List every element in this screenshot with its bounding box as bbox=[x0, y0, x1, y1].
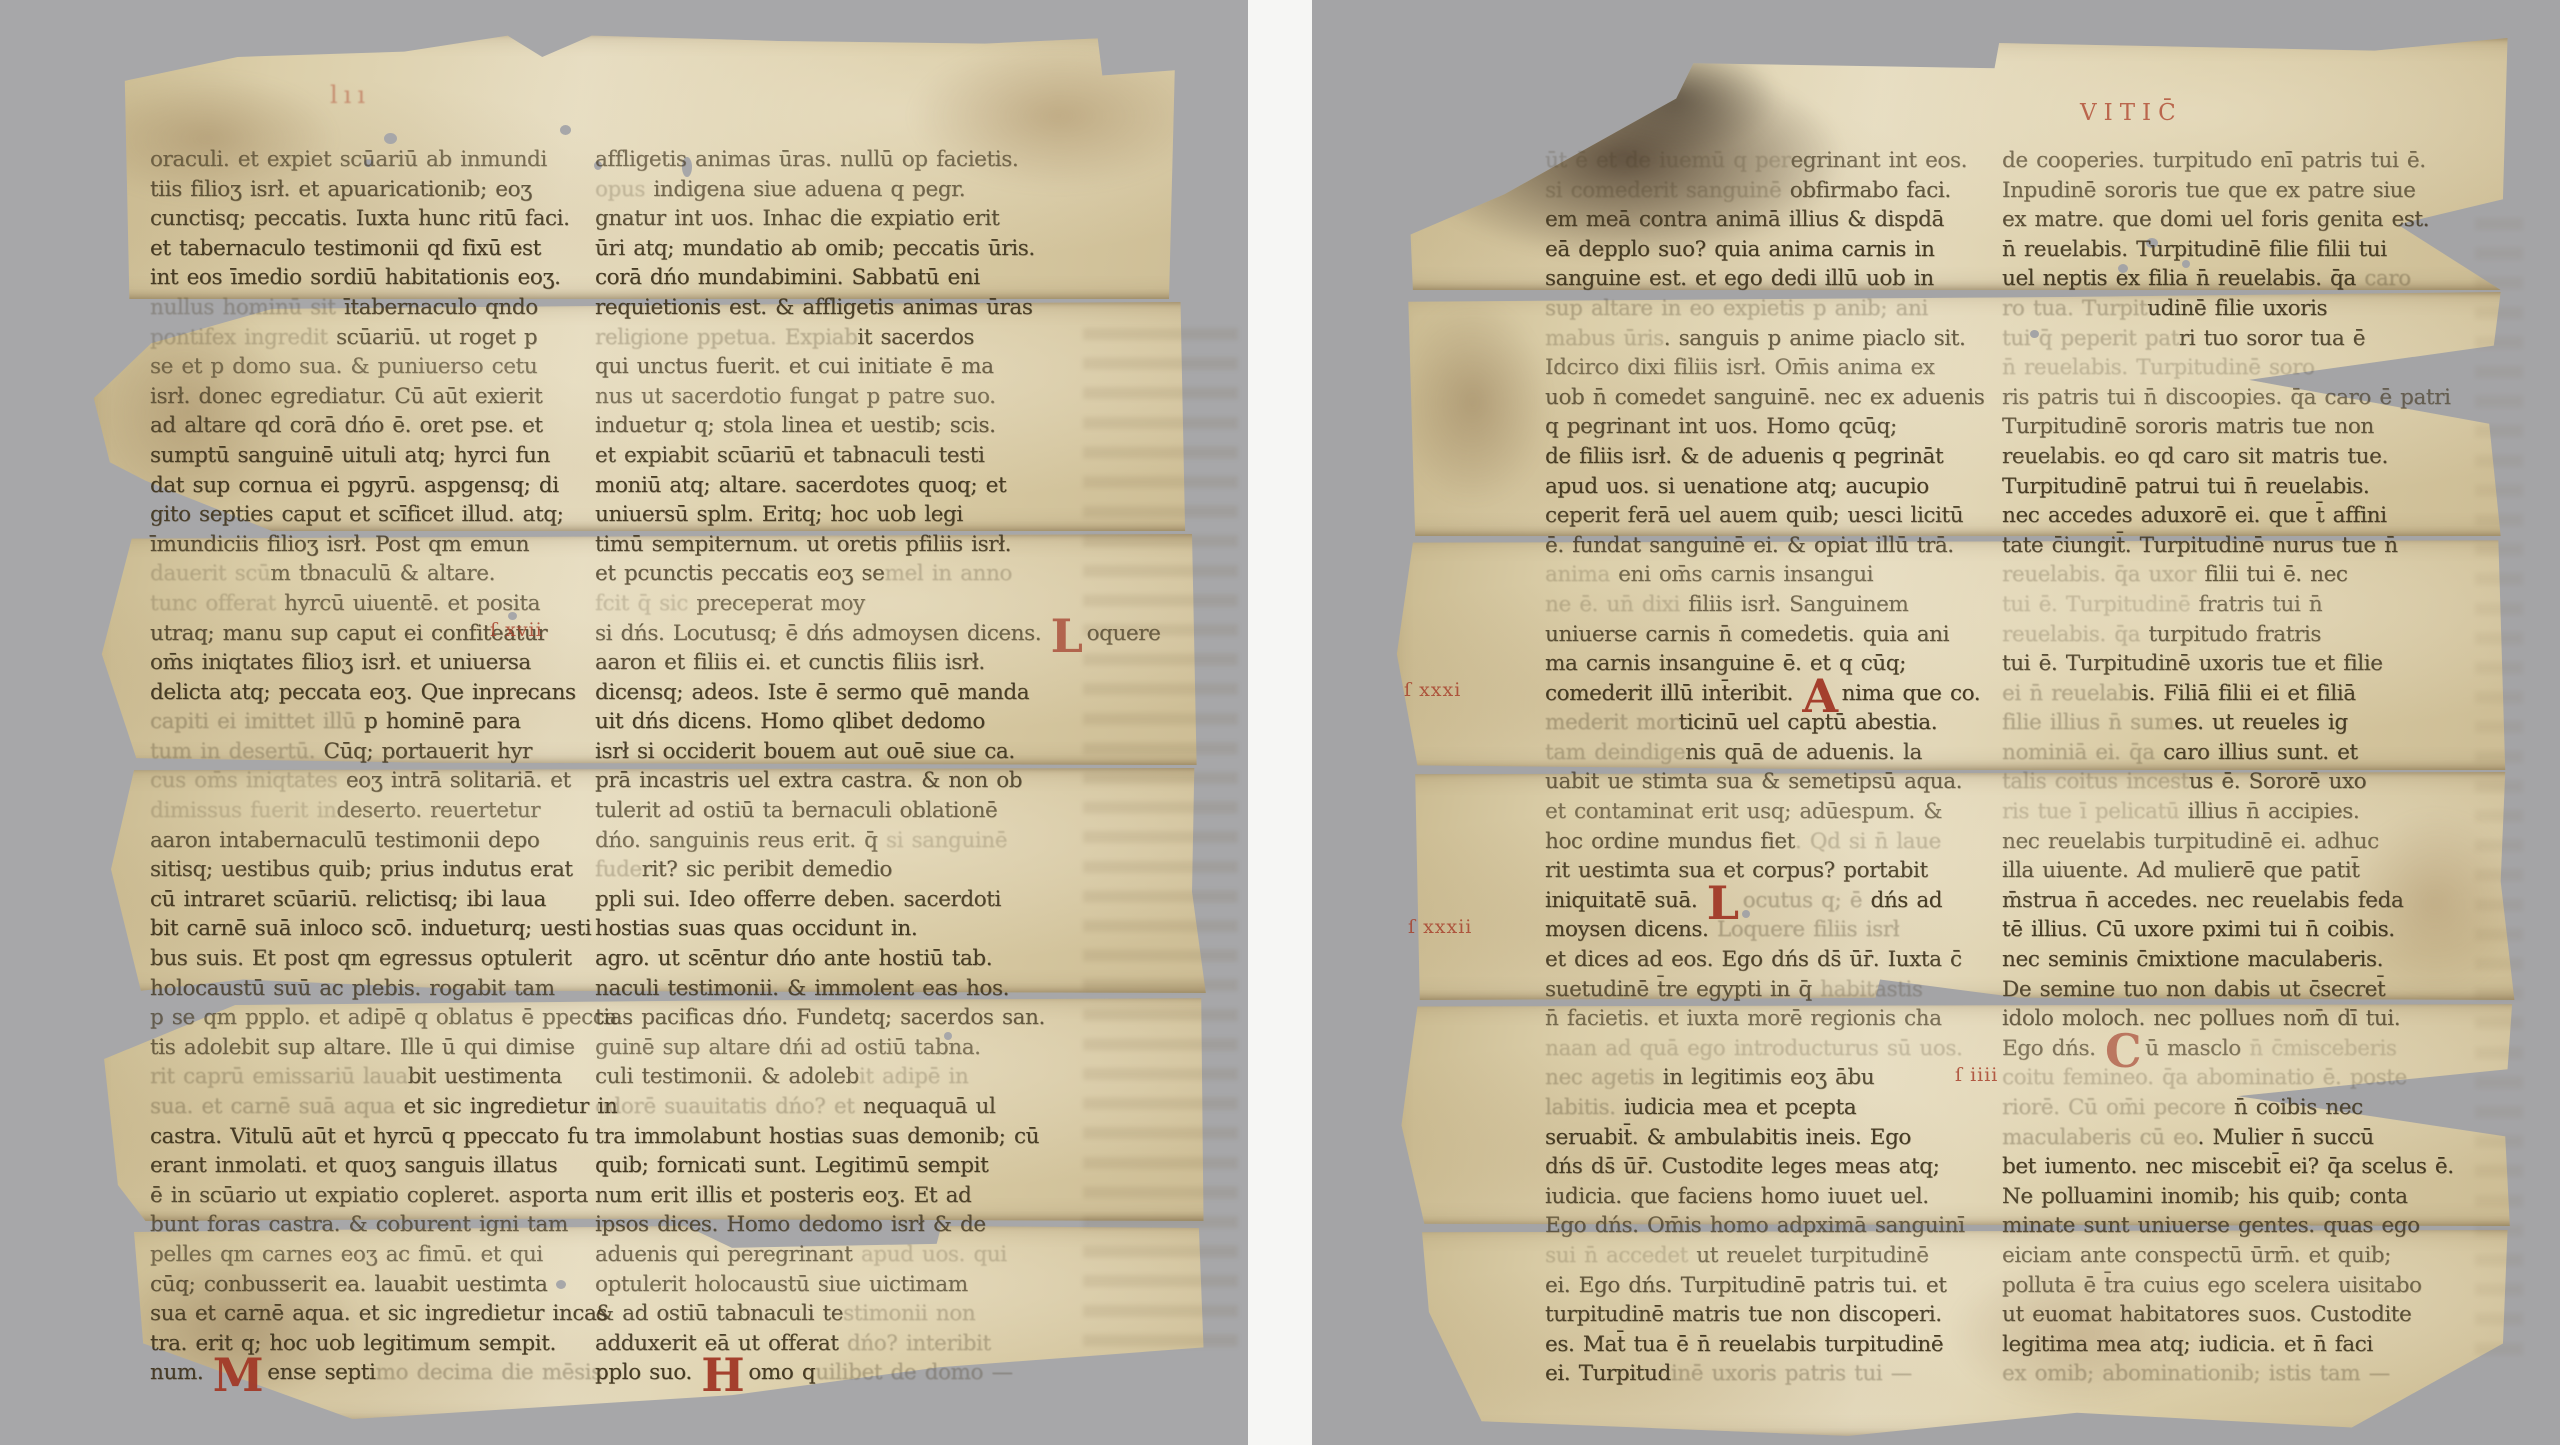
text-line: seruabit̄. & ambulabitis ineis. Ego bbox=[1545, 1123, 1965, 1153]
text-segment: n̄ facietis. et iuxta morē regionis cha bbox=[1545, 1006, 1942, 1031]
text-segment: n̄ reuelabis. Turpitudinē soro bbox=[2002, 355, 2315, 380]
text-line: tiis filioʒ isrł. et apuaricationib; eoʒ bbox=[150, 175, 590, 205]
text-segment: . Qd si n̄ laue bbox=[1795, 829, 1941, 854]
text-segment: Ego dńs. Om̄is homo adpximā sanguinī bbox=[1545, 1213, 1965, 1238]
running-title: lıı bbox=[330, 81, 371, 109]
text-segment: reuelabis. q̄a uxor bbox=[2002, 562, 2204, 587]
text-segment: aaron et filiis ei. et cunctis filiis is… bbox=[595, 650, 985, 675]
text-line: int eos īmedio sordiū habitationis eoʒ. bbox=[150, 263, 590, 293]
stain bbox=[1398, 302, 1548, 502]
text-line: rit caprū emissariū lauabit uestimenta bbox=[150, 1062, 590, 1092]
text-segment: polluta ē t̄ra cuius ego scelera uisitab… bbox=[2002, 1273, 2422, 1298]
text-line: talis coitus incestus ē. Sororē uxo bbox=[2002, 767, 2482, 797]
text-line: reuelabis. q̄a uxor filii tui ē. nec bbox=[2002, 560, 2482, 590]
text-segment: Turpitudinē sororis matris tue non bbox=[2002, 414, 2374, 439]
text-segment: capiti ei imittet illū bbox=[150, 709, 364, 734]
text-segment: sanguine est. et ego dedi illū uob in bbox=[1545, 266, 1934, 291]
text-segment: stimonii non bbox=[843, 1301, 975, 1326]
text-segment: int eos īmedio sordiū habitationis eoʒ. bbox=[150, 265, 561, 290]
text-line: pontifex ingredit scūariū. ut roget p bbox=[150, 323, 590, 353]
text-line: de filiis isrł. & de aduenis q pegrināt bbox=[1545, 442, 1965, 472]
text-segment: Ne polluamini inomib; his quib; conta bbox=[2002, 1184, 2408, 1209]
text-segment: ma carnis insanguine ē. et q cūq; bbox=[1545, 651, 1906, 676]
text-segment: de cooperies. turpitudo enī patris tui ē… bbox=[2002, 148, 2426, 173]
text-line: es. Mat̄ tua ē n̄ reuelabis turpitudinē bbox=[1545, 1330, 1965, 1360]
text-line: tate c̄iungit̄. Turpitudinē nurus tue n̄ bbox=[2002, 531, 2482, 561]
text-segment: udinē filie uxoris bbox=[2147, 296, 2327, 321]
text-segment: cūq; conbusserit ea. lauabit uestimta bbox=[150, 1272, 547, 1297]
text-segment: cū intraret scūariū. relictisq; ibi laua bbox=[150, 887, 546, 912]
text-line: religione ppetua. Expiabit sacerdos bbox=[595, 323, 1105, 353]
text-segment: filiis isrł. Sanguinem bbox=[1688, 592, 1908, 617]
text-segment: iudicia mea et pcepta bbox=[1616, 1095, 1857, 1120]
text-line: gito septies caput et scīficet illud. at… bbox=[150, 500, 590, 530]
text-segment: m tbnaculū & altare. bbox=[270, 561, 495, 586]
text-line: maculaberis cū eo. Mulier n̄ succū bbox=[2002, 1123, 2482, 1153]
text-segment: nec seminis c̄mixtione maculaberis. bbox=[2002, 947, 2383, 972]
text-segment: corā dńo mundabimini. Sabbatū eni bbox=[595, 265, 980, 290]
text-segment: gito septies caput et scīficet illud. at… bbox=[150, 502, 563, 527]
text-line: ex matre. que domi uel foris genita est. bbox=[2002, 205, 2482, 235]
text-segment: minate sunt uniuerse gentes. quas ego bbox=[2002, 1213, 2420, 1238]
text-line: quib; fornicati sunt. Legitimū sempit bbox=[595, 1151, 1105, 1181]
text-line: bunt foras castra. & coburent igni tam bbox=[150, 1210, 590, 1240]
text-segment: bunt foras castra. & coburent igni tam bbox=[150, 1212, 568, 1237]
text-segment: labitis. bbox=[1545, 1095, 1616, 1120]
text-segment: maculaberis cū eo bbox=[2002, 1125, 2198, 1150]
text-segment: odorē suauitatis dńo? et bbox=[595, 1094, 863, 1119]
text-line: moysen dicens. Loquere filiis isrł bbox=[1545, 915, 1965, 945]
text-line: uob n̄ comedet sanguinē. nec ex aduenis bbox=[1545, 383, 1965, 413]
text-segment: guinē sup altare dńi ad ostiū tabna. bbox=[595, 1035, 981, 1060]
text-segment: ocutus q; ē bbox=[1743, 888, 1871, 913]
text-segment: affligetis animas ūras. nullū op facieti… bbox=[595, 147, 1018, 172]
text-segment: naculi testimonii. & immolent eas hos. bbox=[595, 976, 1009, 1001]
text-line: nus ut sacerdotio fungat p patre suo. bbox=[595, 382, 1105, 412]
text-line: suetudinē t̄re egypti in q̄ habitastis bbox=[1545, 975, 1965, 1005]
text-segment: illius n̄ accipies. bbox=[2179, 799, 2359, 824]
text-segment: rit caprū emissariū laua bbox=[150, 1064, 408, 1089]
text-line: mabus ūris. sanguis p anime piaclo sit. bbox=[1545, 324, 1965, 354]
text-line: hostias suas quas occidunt in. bbox=[595, 914, 1105, 944]
text-line: De semine tuo non dabis ut c̄secret̄ bbox=[2002, 975, 2482, 1005]
text-segment: n̄ reuelabis. Turpitudinē filie filii tu… bbox=[2002, 237, 2387, 262]
text-line: pelles qm carnes eoʒ ac fimū. et qui bbox=[150, 1240, 590, 1270]
text-line: ei. Ego dńs. Turpitudinē patris tui. et bbox=[1545, 1271, 1965, 1301]
text-line: uabit ue stimta sua & semetipsū aqua. bbox=[1545, 767, 1965, 797]
running-title: VITIC̄ bbox=[2080, 100, 2183, 126]
rubric-initial: H bbox=[701, 1348, 744, 1402]
text-segment: . sanguis p anime piaclo sit. bbox=[1664, 326, 1966, 351]
text-segment: et sic ingredietur in bbox=[395, 1094, 617, 1119]
text-line: ne ē. un̄ dixi filiis isrł. Sanguinem bbox=[1545, 590, 1965, 620]
text-segment: indigena siue aduena q pegr. bbox=[653, 177, 965, 202]
text-segment: tra immolabunt hostias suas demonib; cū bbox=[595, 1124, 1039, 1149]
text-segment: ense septi bbox=[267, 1360, 375, 1385]
text-line: fuderit? sic peribit demedio bbox=[595, 855, 1105, 885]
text-segment: delicta atq; peccata eoʒ. Que inprecans bbox=[150, 680, 576, 705]
text-segment: m̄strua n̄ accedes. nec reuelabis feda bbox=[2002, 888, 2403, 913]
text-segment: suetudinē t̄re egypti in q̄ bbox=[1545, 977, 1812, 1002]
text-column-right: de cooperies. turpitudo enī patris tui ē… bbox=[2002, 146, 2482, 1389]
text-segment: eoʒ intrā solitariā. et bbox=[346, 768, 571, 793]
text-line: Ego dńs. Om̄is homo adpximā sanguinī bbox=[1545, 1211, 1965, 1241]
text-segment: aduenis qui peregrinant bbox=[595, 1242, 852, 1267]
text-line: ūri atq; mundatio ab omib; peccatis ūris… bbox=[595, 234, 1105, 264]
text-segment: ītabernaculo qndo bbox=[344, 295, 538, 320]
offset-text-ghost bbox=[2475, 218, 2523, 1358]
text-line: bet iumento. nec miscebit̄ ei? q̄a scelu… bbox=[2002, 1152, 2482, 1182]
text-segment: hoc ordine mundus fiet bbox=[1545, 829, 1795, 854]
text-line: dicensq; adeos. Iste ē sermo quē manda bbox=[595, 678, 1105, 708]
text-segment: induetur q; stola linea et uestib; scis. bbox=[595, 413, 996, 438]
text-segment: ad altare qd corā dńo ē. oret pse. et bbox=[150, 413, 543, 438]
text-segment: si dńs. Locutusq; ē dńs admoysen dicens. bbox=[595, 621, 1050, 646]
text-segment: mo decima die mēsis bbox=[375, 1360, 601, 1385]
text-segment: ne ē. un̄ dixi bbox=[1545, 592, 1688, 617]
text-line: erant inmolati. et quoʒ sanguis illatus bbox=[150, 1151, 590, 1181]
text-segment: habitastis bbox=[1812, 977, 1923, 1002]
text-line: et contaminat erit usq; adūespum. & bbox=[1545, 797, 1965, 827]
text-segment: uit dńs dicens. Homo qlibet dedomo bbox=[595, 709, 985, 734]
text-segment: fratris tui n̄ bbox=[2190, 592, 2322, 617]
text-segment: optulerit holocaustū siue uictimam bbox=[595, 1272, 968, 1297]
text-segment: nequaquā ul bbox=[863, 1094, 996, 1119]
text-segment: preceperat moy bbox=[688, 591, 865, 616]
text-segment: Idcirco dixi filiis isrł. Om̄is anima ex bbox=[1545, 355, 1935, 380]
text-line: comederit illū int̄eribit. Anima que co. bbox=[1545, 679, 1965, 709]
text-segment: ut reuelet turpitudinē bbox=[1688, 1243, 1929, 1268]
text-line: iudicia. que faciens homo iuuet uel. bbox=[1545, 1182, 1965, 1212]
wormhole bbox=[384, 133, 397, 144]
text-line: Inpudinē sororis tue que ex patre siue bbox=[2002, 176, 2482, 206]
text-segment: sua. et carnē suā aqua bbox=[150, 1094, 395, 1119]
text-segment: opus bbox=[595, 177, 653, 202]
text-line: culi testimonii. & adolebit adipē in bbox=[595, 1062, 1105, 1092]
text-segment: mederit mor bbox=[1545, 710, 1678, 735]
text-line: uel neptis ex filia n̄ reuelabis. q̄a ca… bbox=[2002, 264, 2482, 294]
text-segment: tiis filioʒ isrł. et apuaricationib; eoʒ bbox=[150, 177, 532, 202]
text-line: ūt ē et de iuemū q peregrinant int eos. bbox=[1545, 146, 1965, 176]
text-segment: tui q̄ peperit pat bbox=[2002, 326, 2179, 351]
text-segment: num. bbox=[150, 1360, 212, 1385]
text-segment: reuelabis. eo qd caro sit matris tue. bbox=[2002, 444, 2388, 469]
text-segment: pontifex ingredit bbox=[150, 325, 336, 350]
text-segment: obfirmabo faci. bbox=[1781, 178, 1951, 203]
text-segment: dńs ad bbox=[1870, 888, 1942, 913]
text-line: isrł. donec egrediatur. Cū aūt exierit bbox=[150, 382, 590, 412]
text-segment: bit carnē suā inloco scō. indueturq; ues… bbox=[150, 916, 591, 941]
text-line: sanguine est. et ego dedi illū uob in bbox=[1545, 264, 1965, 294]
text-segment: uabit ue stimta sua & semetipsū aqua. bbox=[1545, 769, 1962, 794]
text-line: polluta ē t̄ra cuius ego scelera uisitab… bbox=[2002, 1271, 2482, 1301]
text-line: sup altare in eo expietis p anib; ani bbox=[1545, 294, 1965, 324]
text-line: moniū atq; altare. sacerdotes quoq; et bbox=[595, 471, 1105, 501]
text-segment: bit uestimenta bbox=[408, 1064, 562, 1089]
text-line: sua. et carnē suā aqua et sic ingredietu… bbox=[150, 1092, 590, 1122]
text-segment: scūariū. ut roget p bbox=[336, 325, 537, 350]
text-line: se et p domo sua. & puniuerso cetu bbox=[150, 352, 590, 382]
text-segment: culi testimonii. & adoleb bbox=[595, 1064, 859, 1089]
text-line: tē illius. Cū uxore pximi tui n̄ coibis. bbox=[2002, 915, 2482, 945]
text-segment: sup altare in eo expietis p anib; ani bbox=[1545, 296, 1928, 321]
text-segment: oraculi. et expiet scūariū ab inmundi bbox=[150, 147, 547, 172]
text-line: riorē. Cū om̄i pecore n̄ coibis nec bbox=[2002, 1093, 2482, 1123]
text-segment: nominiā ei. q̄a bbox=[2002, 740, 2163, 765]
text-segment: timū sempiternum. ut oretis pfiliis isrł… bbox=[595, 532, 1011, 557]
text-segment: legitima mea atq; iudicia. et n̄ faci bbox=[2002, 1332, 2373, 1357]
text-line: et tabernaculo testimonii qd fixū est bbox=[150, 234, 590, 264]
text-segment: mabus ūris bbox=[1545, 326, 1664, 351]
text-segment: filii tui ē. nec bbox=[2204, 562, 2347, 587]
text-column-left: oraculi. et expiet scūariū ab inmunditii… bbox=[150, 145, 590, 1388]
text-line: eā depplo suo? quia anima carnis in bbox=[1545, 235, 1965, 265]
text-line: si dńs. Locutusq; ē dńs admoysen dicens.… bbox=[595, 619, 1105, 649]
text-line: ceperit ferā uel auem quib; uesci licitū bbox=[1545, 501, 1965, 531]
text-line: nec reuelabis turpitudinē ei. adhuc bbox=[2002, 827, 2482, 857]
text-segment: dimissus fuerit in bbox=[150, 798, 336, 823]
text-segment: ū masclo bbox=[2145, 1036, 2241, 1061]
text-segment: riorē. Cū om̄i pecore bbox=[2002, 1095, 2225, 1120]
text-line: tulerit ad ostiū ta bernaculi oblationē bbox=[595, 796, 1105, 826]
text-line: Turpitudinē sororis matris tue non bbox=[2002, 412, 2482, 442]
wormhole bbox=[1486, 96, 1496, 105]
text-line: Ne polluamini inomib; his quib; conta bbox=[2002, 1182, 2482, 1212]
text-line: dimissus fuerit indeserto. reuertetur bbox=[150, 796, 590, 826]
text-line: odorē suauitatis dńo? et nequaquā ul bbox=[595, 1092, 1105, 1122]
text-segment: pelles qm carnes eoʒ ac fimū. et qui bbox=[150, 1242, 543, 1267]
text-segment: holocaustū suū ac plebis. rogabit tam bbox=[150, 976, 555, 1001]
text-line: agro. ut scēntur dńo ante hostiū tab. bbox=[595, 944, 1105, 974]
text-segment: religione ppetua. Expiab bbox=[595, 325, 857, 350]
text-segment: dat sup cornua ei pgyrū. aspgensq; di bbox=[150, 473, 559, 498]
text-line: tias pacificas dńo. Fundetq; sacerdos sa… bbox=[595, 1003, 1105, 1033]
text-line: si comederit sanguinē obfirmabo faci. bbox=[1545, 176, 1965, 206]
text-segment: ei. Turpitud bbox=[1545, 1361, 1671, 1386]
text-segment: nullus hominū sit bbox=[150, 295, 344, 320]
manuscript-leaf-verso: lıı oraculi. et expiet scūariū ab inmund… bbox=[88, 33, 1238, 1425]
text-segment: uel neptis ex filia n̄ reuelabis. q̄a bbox=[2002, 266, 2356, 291]
text-segment: eā depplo suo? quia anima carnis in bbox=[1545, 237, 1934, 262]
text-segment: et contaminat erit usq; adūespum. & bbox=[1545, 799, 1942, 824]
text-segment: inē uxoris patris tui — bbox=[1671, 1361, 1912, 1386]
text-segment: isrł si occiderit bouem aut ouē siue ca. bbox=[595, 739, 1015, 764]
text-segment: ex omib; abominationib; istis tam — bbox=[2002, 1361, 2390, 1386]
text-segment: n̄ c̄misceberis bbox=[2241, 1036, 2397, 1061]
text-segment: es. ut reueles ig bbox=[2174, 710, 2348, 735]
text-segment: qui unctus fuerit. et cui initiate ē ma bbox=[595, 354, 994, 379]
text-segment: caro bbox=[2356, 266, 2411, 291]
text-line: tis adolebit sup altare. Ille ū qui dimi… bbox=[150, 1033, 590, 1063]
text-line: tra immolabunt hostias suas demonib; cū bbox=[595, 1122, 1105, 1152]
text-line: coitu femineo. q̄a abominatio ē. poste bbox=[2002, 1063, 2482, 1093]
text-line: nec accedes aduxorē ei. que t̄ affini bbox=[2002, 501, 2482, 531]
text-column-left: ūt ē et de iuemū q peregrinant int eos.s… bbox=[1545, 146, 1965, 1389]
text-line: ris patris tui n̄ discoopies. q̄a caro ē… bbox=[2002, 383, 2482, 413]
text-segment: naan ad quā ego introducturus sū uos. bbox=[1545, 1036, 1962, 1061]
text-line: p se qm ppplo. et adipē q oblatus ē ppec… bbox=[150, 1003, 590, 1033]
text-line: pplo suo. Homo quilibet de domo — bbox=[595, 1358, 1105, 1388]
text-segment: moysen dicens. bbox=[1545, 917, 1717, 942]
text-segment: talis coitus incest bbox=[2002, 769, 2189, 794]
text-segment: si sanguinē bbox=[878, 828, 1008, 853]
text-segment: tulerit ad ostiū ta bernaculi oblationē bbox=[595, 798, 997, 823]
text-line: labitis. iudicia mea et pcepta bbox=[1545, 1093, 1965, 1123]
text-segment: aaron intabernaculū testimonii depo bbox=[150, 828, 539, 853]
text-line: m̄strua n̄ accedes. nec reuelabis feda bbox=[2002, 886, 2482, 916]
text-line: turpitudinē matris tue non discoperi. bbox=[1545, 1300, 1965, 1330]
text-segment: fude bbox=[595, 857, 642, 882]
text-segment: cus om̄s iniqtates bbox=[150, 768, 346, 793]
text-line: ei. Turpitudinē uxoris patris tui — bbox=[1545, 1359, 1965, 1389]
text-segment: omo q bbox=[748, 1360, 815, 1385]
text-segment: Cūq; portauerit hyr bbox=[324, 739, 532, 764]
text-segment: Inpudinē sororis tue que ex patre siue bbox=[2002, 178, 2415, 203]
text-segment: de filiis isrł. & de aduenis q pegrināt bbox=[1545, 444, 1943, 469]
text-line: tam deindigenis quā de aduenis. la bbox=[1545, 738, 1965, 768]
text-segment: quib; fornicati sunt. Legitimū sempit bbox=[595, 1153, 988, 1178]
text-segment: uniuersū splm. Eritq; hoc uob legi bbox=[595, 502, 963, 527]
text-segment: tate c̄iungit̄. Turpitudinē nurus tue n̄ bbox=[2002, 533, 2398, 558]
text-line: affligetis animas ūras. nullū op facieti… bbox=[595, 145, 1105, 175]
text-line: dat sup cornua ei pgyrū. aspgensq; di bbox=[150, 471, 590, 501]
text-line: rit uestimta sua et corpus? portabit bbox=[1545, 856, 1965, 886]
text-segment: ppli sui. Ideo offerre deben. sacerdoti bbox=[595, 887, 1001, 912]
text-line: gnatur int uos. Inhac die expiatio erit bbox=[595, 204, 1105, 234]
text-line: naan ad quā ego introducturus sū uos. bbox=[1545, 1034, 1965, 1064]
text-segment: coitu femineo. q̄a abominatio ē. poste bbox=[2002, 1065, 2407, 1090]
text-line: om̄s iniqtates filioʒ isrł. et uniuersa bbox=[150, 648, 590, 678]
offset-text-ghost bbox=[1083, 328, 1238, 1363]
text-segment: sui n̄ accedet bbox=[1545, 1243, 1688, 1268]
text-line: opus indigena siue aduena q pegr. bbox=[595, 175, 1105, 205]
text-segment: dńo? interibit bbox=[838, 1331, 990, 1356]
text-segment: it sacerdos bbox=[857, 325, 974, 350]
text-segment: ē. fundat sanguinē ei. & opiat illū trā. bbox=[1545, 533, 1954, 558]
text-line: bus suis. Et post qm egressus optulerit bbox=[150, 944, 590, 974]
text-segment: tunc offerat bbox=[150, 591, 284, 616]
text-segment: q pegrinant int uos. Homo qcūq; bbox=[1545, 414, 1897, 439]
text-segment: castra. Vitulū aūt et hyrcū q ppeccato f… bbox=[150, 1124, 588, 1149]
rubric-initial: M bbox=[213, 1348, 264, 1402]
text-segment: is. Filiā filii ei et filiā bbox=[2131, 681, 2355, 706]
text-segment: & ad ostiū tabnaculi te bbox=[595, 1301, 843, 1326]
text-segment: tam deindige bbox=[1545, 740, 1685, 765]
manuscript-leaf-recto: VITIC̄ ūt ē et de iuemū q peregrinant in… bbox=[1390, 38, 2535, 1430]
text-segment: eni om̄s carnis insangui bbox=[1610, 562, 1873, 587]
text-line: q pegrinant int uos. Homo qcūq; bbox=[1545, 412, 1965, 442]
text-line: ei n̄ reuelabis. Filiā filii ei et filiā bbox=[2002, 679, 2482, 709]
text-line: timū sempiternum. ut oretis pfiliis isrł… bbox=[595, 530, 1105, 560]
text-line: anima eni om̄s carnis insangui bbox=[1545, 560, 1965, 590]
text-segment: et tabernaculo testimonii qd fixū est bbox=[150, 236, 541, 261]
photo-divider bbox=[1248, 0, 1312, 1445]
text-line: uniuerse carnis n̄ comedetis. quia ani bbox=[1545, 620, 1965, 650]
text-segment: Turpitudinē patrui tui n̄ reuelabis. bbox=[2002, 474, 2369, 499]
text-segment: ei. Ego dńs. Turpitudinē patris tui. et bbox=[1545, 1273, 1947, 1298]
text-segment: nus ut sacerdotio fungat p patre suo. bbox=[595, 384, 996, 409]
text-segment: dńo. sanguinis reus erit. q̄ bbox=[595, 828, 878, 853]
text-line: guinē sup altare dńi ad ostiū tabna. bbox=[595, 1033, 1105, 1063]
text-segment: cunctisq; peccatis. Iuxta hunc ritū faci… bbox=[150, 206, 570, 231]
text-segment: mel in anno bbox=[885, 561, 1012, 586]
text-segment: prā incastris uel extra castra. & non ob bbox=[595, 768, 1022, 793]
text-segment: n̄ coibis nec bbox=[2225, 1095, 2362, 1120]
text-segment: us ē. Sororē uxo bbox=[2189, 769, 2366, 794]
text-line: illa uiuente. Ad mulierē que patit̄ bbox=[2002, 856, 2482, 886]
text-segment: iudicia. que faciens homo iuuet uel. bbox=[1545, 1184, 1929, 1209]
text-line: cūq; conbusserit ea. lauabit uestimta bbox=[150, 1270, 590, 1300]
text-line: bit carnē suā inloco scō. indueturq; ues… bbox=[150, 914, 590, 944]
text-segment: et pcunctis peccatis eoʒ se bbox=[595, 561, 885, 586]
text-line: nullus hominū sit ītabernaculo qndo bbox=[150, 293, 590, 323]
text-segment: dńs ds̄ ūr̄. Custodite leges meas atq; bbox=[1545, 1154, 1939, 1179]
text-segment: uob n̄ comedet sanguinē. nec ex aduenis bbox=[1545, 385, 1984, 410]
text-line: tui ē. Turpitudinē fratris tui n̄ bbox=[2002, 590, 2482, 620]
text-segment: uilibet de domo — bbox=[815, 1360, 1012, 1385]
text-segment: tum in desertū. bbox=[150, 739, 324, 764]
text-line: de cooperies. turpitudo enī patris tui ē… bbox=[2002, 146, 2482, 176]
screenshot-stage: lıı oraculi. et expiet scūariū ab inmund… bbox=[0, 0, 2560, 1445]
text-segment: moniū atq; altare. sacerdotes quoq; et bbox=[595, 473, 1006, 498]
text-line: iniquitatē suā. Locutus q; ē dńs ad bbox=[1545, 886, 1965, 916]
text-line: requietionis est. & affligetis animas ūr… bbox=[595, 293, 1105, 323]
text-segment: rit? sic peribit demedio bbox=[642, 857, 892, 882]
text-segment: ris patris tui n̄ discoopies. q̄a caro ē… bbox=[2002, 385, 2450, 410]
text-line: corā dńo mundabimini. Sabbatū eni bbox=[595, 263, 1105, 293]
text-segment: filie illius n̄ sum bbox=[2002, 710, 2174, 735]
text-segment: tias pacificas dńo. Fundetq; sacerdos sa… bbox=[595, 1005, 1045, 1030]
text-segment: fcit q̄ sic bbox=[595, 591, 688, 616]
text-segment: et dices ad eos. Ego dńs ds̄ ūr̄. Iuxta … bbox=[1545, 947, 1962, 972]
text-line: nec seminis c̄mixtione maculaberis. bbox=[2002, 945, 2482, 975]
text-segment: caro illius sunt. et bbox=[2163, 740, 2358, 765]
text-segment: Loquere filiis isrł bbox=[1717, 917, 1899, 942]
text-line: tui q̄ peperit patri tuo soror tua ē bbox=[2002, 324, 2482, 354]
text-line: prā incastris uel extra castra. & non ob bbox=[595, 766, 1105, 796]
text-segment: turpitudinē matris tue non discoperi. bbox=[1545, 1302, 1942, 1327]
text-line: n̄ reuelabis. Turpitudinē filie filii tu… bbox=[2002, 235, 2482, 265]
text-segment: ris tue ī pelicatū bbox=[2002, 799, 2179, 824]
text-segment: uniuerse carnis n̄ comedetis. quia ani bbox=[1545, 622, 1949, 647]
text-line: aaron et filiis ei. et cunctis filiis is… bbox=[595, 648, 1105, 678]
text-line: reuelabis. q̄a turpitudo fratris bbox=[2002, 620, 2482, 650]
text-segment: tis adolebit sup altare. Ille ū qui dimi… bbox=[150, 1035, 575, 1060]
text-segment: ticinū uel captū abestia. bbox=[1678, 710, 1937, 735]
text-segment: isrł. donec egrediatur. Cū aūt exierit bbox=[150, 384, 542, 409]
text-line: ris tue ī pelicatū illius n̄ accipies. bbox=[2002, 797, 2482, 827]
text-line: uit dńs dicens. Homo qlibet dedomo bbox=[595, 707, 1105, 737]
text-line: filie illius n̄ sumes. ut reueles ig bbox=[2002, 708, 2482, 738]
text-segment: erant inmolati. et quoʒ sanguis illatus bbox=[150, 1153, 557, 1178]
text-line: et dices ad eos. Ego dńs ds̄ ūr̄. Iuxta … bbox=[1545, 945, 1965, 975]
text-segment: īmundiciis filioʒ isrł. Post qm emun bbox=[150, 532, 529, 557]
text-segment: De semine tuo non dabis ut c̄secret̄ bbox=[2002, 977, 2385, 1002]
text-line: qui unctus fuerit. et cui initiate ē ma bbox=[595, 352, 1105, 382]
text-line: minate sunt uniuerse gentes. quas ego bbox=[2002, 1211, 2482, 1241]
text-segment: ipsos dices. Homo dedomo isrł & de bbox=[595, 1212, 986, 1237]
text-line: oraculi. et expiet scūariū ab inmundi bbox=[150, 145, 590, 175]
text-line: dńs ds̄ ūr̄. Custodite leges meas atq; bbox=[1545, 1152, 1965, 1182]
text-segment: agro. ut scēntur dńo ante hostiū tab. bbox=[595, 946, 992, 971]
text-line: num erit illis et posteris eoʒ. Et ad bbox=[595, 1181, 1105, 1211]
text-line: aduenis qui peregrinant apud uos. qui bbox=[595, 1240, 1105, 1270]
text-segment: utraq; manu sup caput ei confiteatur bbox=[150, 621, 547, 646]
text-segment: ūt ē et de iuemū q per bbox=[1545, 148, 1790, 173]
text-segment: nis quā de aduenis. la bbox=[1685, 740, 1922, 765]
text-line: tum in desertū. Cūq; portauerit hyr bbox=[150, 737, 590, 767]
text-line: cus om̄s iniqtates eoʒ intrā solitariā. … bbox=[150, 766, 590, 796]
